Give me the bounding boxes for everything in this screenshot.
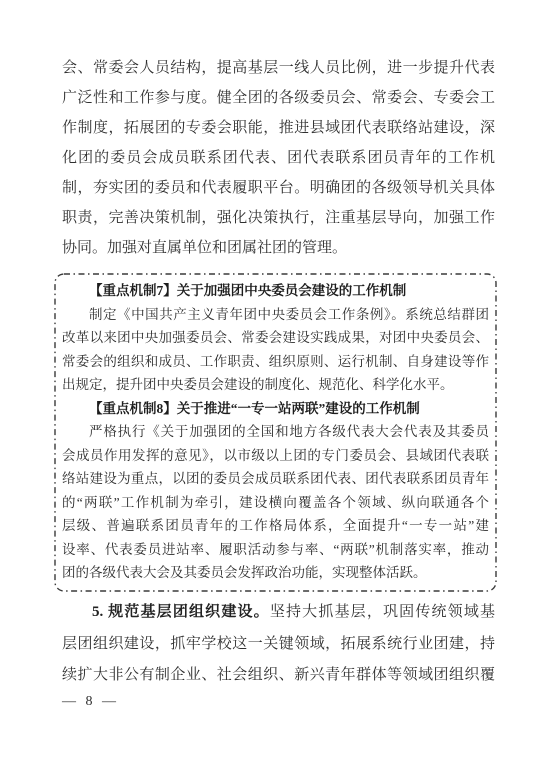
text-line: 改革以来团中央加强委员会、常委会建设实践成果，对团中央委员会、 bbox=[62, 326, 489, 350]
text-line: 制定《中国共产主义青年团中央委员会工作条例》。系统总结群团 bbox=[62, 303, 489, 327]
text-line: 化团的委员会成员联系团代表、团代表联系团员青年的工作机 bbox=[62, 143, 495, 173]
text-line: 设率、代表委员进站率、履职活动参与率、“两联”机制落实率，推动 bbox=[62, 538, 489, 562]
text-line: 常委会的组织和成员、工作职责、组织原则、运行机制、自身建设等作 bbox=[62, 350, 489, 374]
text-line: 层级、普遍联系团员青年的工作格局体系，全面提升“一专一站”建 bbox=[62, 514, 489, 538]
text-line: 出规定，提升团中央委员会建设的制度化、规范化、科学化水平。 bbox=[62, 373, 489, 397]
text-line: 层团组织建设，抓牢学校这一关键领域，拓展系统行业团建，持 bbox=[62, 629, 495, 661]
mechanism7-body: 制定《中国共产主义青年团中央委员会工作条例》。系统总结群团改革以来团中央加强委员… bbox=[62, 303, 489, 397]
text-line: 团的各级代表大会及其委员会发挥政治功能，实现整体活跃。 bbox=[62, 561, 489, 585]
page-number: — 8 — bbox=[62, 694, 119, 710]
key-mechanism-box: 【重点机制7】关于加强团中央委员会建设的工作机制 制定《中国共产主义青年团中央委… bbox=[54, 273, 497, 592]
text-line: 广泛性和工作参与度。健全团的各级委员会、常委会、专委会工 bbox=[62, 83, 495, 113]
text-line: 会成员作用发挥的意见》，以市级以上团的专门委员会、县域团代表联 bbox=[62, 444, 489, 468]
text-line: 职责，完善决策机制，强化决策执行，注重基层导向，加强工作 bbox=[62, 203, 495, 233]
text-line: 络站建设为重点，以团的委员会成员联系团代表、团代表联系团员青年 bbox=[62, 467, 489, 491]
text-line: 作制度，拓展团的专委会职能，推进县域团代表联络站建设，深 bbox=[62, 113, 495, 143]
text-line: 续扩大非公有制企业、社会组织、新兴青年群体等领域团组织覆 bbox=[62, 660, 495, 692]
mechanism8-heading: 【重点机制8】关于推进“一专一站两联”建设的工作机制 bbox=[62, 397, 489, 421]
mechanism7-heading: 【重点机制7】关于加强团中央委员会建设的工作机制 bbox=[62, 279, 489, 303]
mechanism8-body: 严格执行《关于加强团的全国和地方各级代表大会代表及其委员会成员作用发挥的意见》，… bbox=[62, 420, 489, 585]
text-line: 会、常委会人员结构，提高基层一线人员比例，进一步提升代表 bbox=[62, 53, 495, 83]
text-line: 严格执行《关于加强团的全国和地方各级代表大会代表及其委员 bbox=[62, 420, 489, 444]
paragraph-continuation: 会、常委会人员结构，提高基层一线人员比例，进一步提升代表广泛性和工作参与度。健全… bbox=[62, 53, 495, 263]
text-line: 的“两联”工作机制为牵引，建设横向覆盖各个领域、纵向联通各个 bbox=[62, 491, 489, 515]
document-page: 会、常委会人员结构，提高基层一线人员比例，进一步提升代表广泛性和工作参与度。健全… bbox=[0, 0, 550, 772]
text-line: 制，夯实团的委员和代表履职平台。明确团的各级领导机关具体 bbox=[62, 173, 495, 203]
paragraph-item-5: 5. 规范基层团组织建设。坚持大抓基层，巩固传统领域基层团组织建设，抓牢学校这一… bbox=[62, 597, 495, 692]
text-line: 协同。加强对直属单位和团属社团的管理。 bbox=[62, 233, 495, 263]
text-line: 5. 规范基层团组织建设。坚持大抓基层，巩固传统领域基 bbox=[62, 597, 495, 629]
